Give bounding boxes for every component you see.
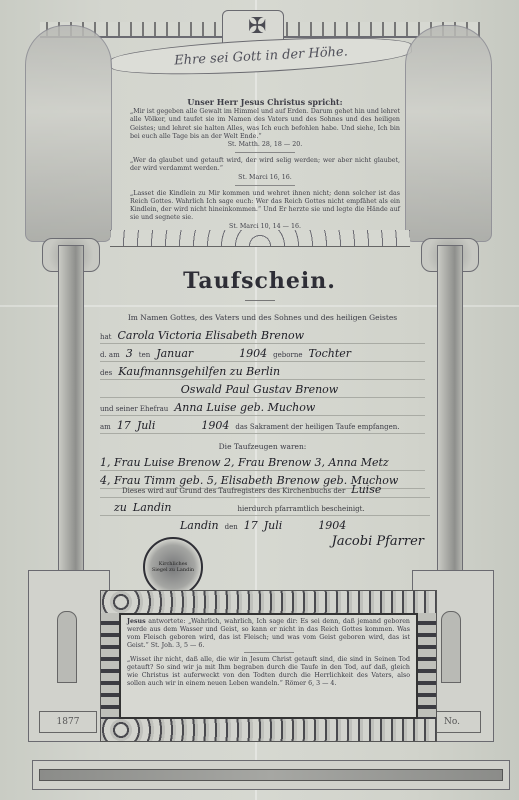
- label: hat: [100, 333, 112, 343]
- plinth-band: [39, 769, 503, 781]
- form-line-father-name: Oswald Paul Gustav Brenow: [100, 380, 425, 398]
- cert-line-1: Dieses wird auf Grund des Taufregisters …: [100, 480, 430, 498]
- form-line-child: hat Carola Victoria Elisabeth Brenow: [100, 326, 425, 344]
- label: und seiner Ehefrau: [100, 405, 168, 415]
- birth-year: 1904: [239, 347, 267, 361]
- pillar-left: [58, 245, 84, 572]
- sacrament-text: das Sakrament der heiligen Taufe empfang…: [235, 423, 399, 433]
- cert-date-line: Landin den 17 Juli 1904: [100, 516, 430, 533]
- form-line-father-occupation: des Kaufmannsgehilfen zu Berlin: [100, 362, 425, 380]
- scripture-passage: „Lasset die Kindlein zu Mir kommen und w…: [130, 190, 400, 223]
- certification: Dieses wird auf Grund des Taufregisters …: [100, 480, 430, 550]
- scripture-ref: St. Matth. 28, 18 — 20.: [130, 141, 400, 149]
- divider: [235, 185, 295, 186]
- page-title: Taufschein.: [0, 268, 519, 294]
- baptism-month: Juli: [137, 419, 156, 433]
- divider: [245, 300, 275, 301]
- date-place: Landin: [180, 519, 219, 533]
- scripture-heading: Unser Herr Jesus Christus spricht:: [130, 98, 400, 106]
- form-line-birth: d. am 3 ten Januar 1904 geborne Tochter: [100, 344, 425, 362]
- scripture-bottom: Jesus antwortete: „Wahrlich, wahrlich, I…: [121, 615, 416, 717]
- dolphin-ornament: [101, 613, 119, 719]
- niche: [57, 611, 77, 683]
- father-name: Oswald Paul Gustav Brenow: [181, 383, 338, 397]
- lower-ornamental-frame: Jesus antwortete: „Wahrlich, wahrlich, I…: [100, 590, 437, 742]
- divider: [235, 152, 295, 153]
- baptism-year: 1904: [201, 419, 229, 433]
- niche: [441, 611, 461, 683]
- scripture-passage: „Wer da glaubet und getauft wird, der wi…: [130, 157, 400, 173]
- godparents-entry: 1, Frau Luise Brenow 2, Frau Brenow 3, A…: [100, 456, 389, 470]
- father-occupation: Kaufmannsgehilfen zu Berlin: [118, 365, 280, 379]
- church-seal-stamp: Kirchliches Siegel zu Landin: [143, 537, 203, 597]
- born-status: Tochter: [309, 347, 352, 361]
- baptism-day: 17: [117, 419, 131, 433]
- angel-figure-right: [405, 25, 492, 242]
- pillar-right: [437, 245, 463, 572]
- scripture-ref: Römer 6, 3 — 4.: [285, 680, 337, 687]
- banner-text: Ehre sei Gott in der Höhe.: [174, 44, 348, 68]
- pedestal-left: 1877: [28, 570, 110, 742]
- birth-day: 3: [126, 347, 133, 361]
- angel-figure-left: [25, 25, 112, 242]
- cert-text: hierdurch pfarramtlich bescheinigt.: [237, 505, 364, 515]
- godparents-heading: Die Taufzeugen waren:: [100, 442, 425, 451]
- scroll-ornament: [101, 591, 436, 613]
- scroll-ornament: [101, 719, 436, 741]
- plaque-left: 1877: [39, 711, 97, 733]
- scripture-passage: „Wisset ihr nicht, daß alle, die wir in …: [127, 656, 410, 688]
- banner-ribbon: Ehre sei Gott in der Höhe.: [109, 32, 412, 80]
- scripture-top: Unser Herr Jesus Christus spricht: „Mir …: [130, 98, 400, 234]
- label: den: [225, 523, 238, 533]
- baptism-form: Im Namen Gottes, des Vaters und des Sohn…: [100, 313, 425, 489]
- invocation: Im Namen Gottes, des Vaters und des Sohn…: [100, 313, 425, 322]
- dolphin-ornament: [418, 613, 436, 719]
- label: ten: [139, 351, 150, 361]
- cert-text: Dieses wird auf Grund des Taufregisters …: [122, 487, 345, 497]
- label: am: [100, 423, 111, 433]
- child-name: Carola Victoria Elisabeth Brenow: [118, 329, 305, 343]
- stamp-text: Kirchliches Siegel zu Landin: [151, 561, 195, 573]
- date-month: Juli: [264, 519, 283, 533]
- label: d. am: [100, 351, 120, 361]
- cert-line-2: zu Landin hierdurch pfarramtlich beschei…: [100, 498, 430, 516]
- label: des: [100, 369, 112, 379]
- gothic-arch-band: [110, 230, 410, 247]
- cross-icon: ✠: [248, 14, 266, 39]
- scripture-ref: St. Joh. 3, 5 — 6.: [151, 642, 205, 649]
- date-year: 1904: [318, 519, 346, 533]
- godparents-line: 1, Frau Luise Brenow 2, Frau Brenow 3, A…: [100, 453, 425, 471]
- parish-place: Landin: [133, 501, 172, 515]
- birth-month: Januar: [156, 347, 193, 361]
- scripture-passage: Jesus antwortete: „Wahrlich, wahrlich, I…: [127, 618, 410, 650]
- date-day: 17: [244, 519, 258, 533]
- form-line-baptism-date: am 17 Juli 1904 das Sakrament der heilig…: [100, 416, 425, 434]
- label: geborne: [273, 351, 302, 361]
- scripture-text: „Wisset ihr nicht, daß alle, die wir in …: [127, 656, 410, 687]
- mother-name: Anna Luise geb. Muchow: [174, 401, 315, 415]
- zu-label: zu: [114, 501, 127, 515]
- divider: [244, 652, 294, 653]
- scripture-ref: St. Marci 16, 16.: [130, 174, 400, 182]
- pastor-signature: Jacobi Pfarrer: [332, 534, 424, 550]
- scripture-passage: „Mir ist gegeben alle Gewalt im Himmel u…: [130, 108, 400, 141]
- certificate-paper: ✠ Ehre sei Gott in der Höhe. Unser Herr …: [0, 0, 519, 800]
- church-name: Luise: [351, 483, 381, 497]
- base-plinth: [32, 760, 510, 790]
- scripture-lead: Jesus: [127, 618, 146, 625]
- form-line-mother: und seiner Ehefrau Anna Luise geb. Mucho…: [100, 398, 425, 416]
